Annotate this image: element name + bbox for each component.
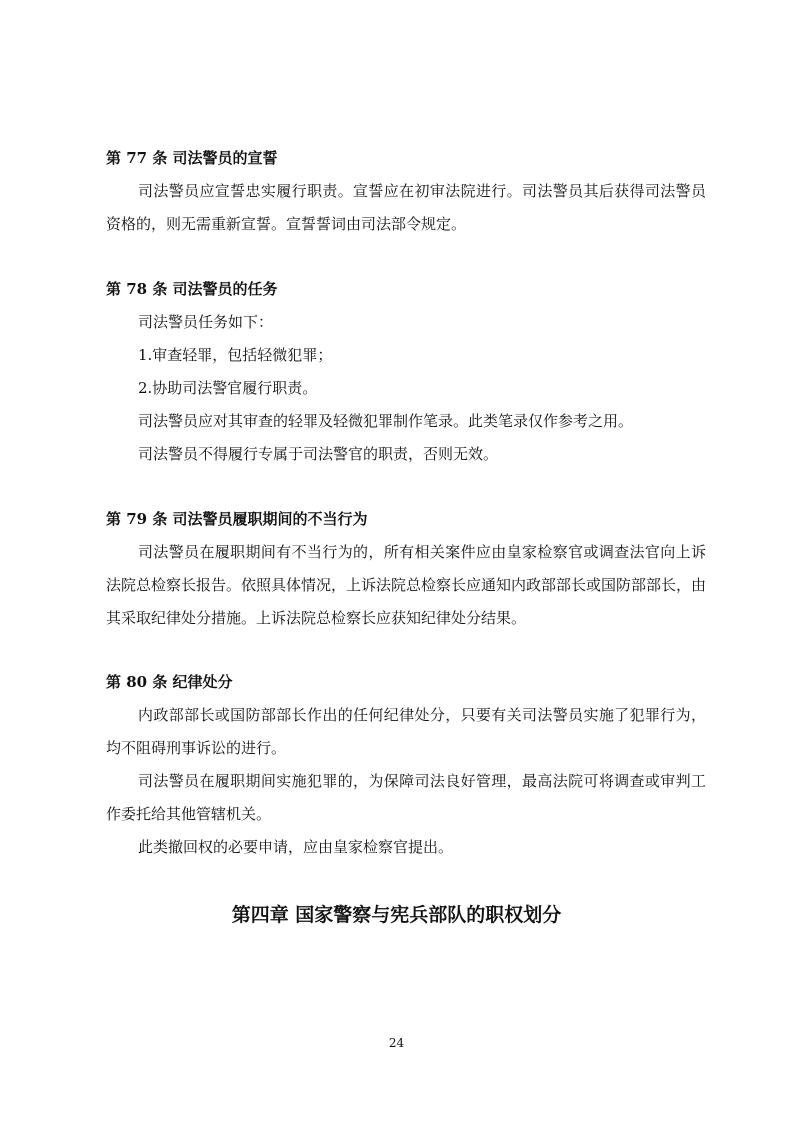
document-page: 第 77 条 司法警员的宣誓 司法警员应宣誓忠实履行职责。宣誓应在初审法院进行。…	[0, 0, 793, 1122]
article-80-paragraph-2: 司法警员在履职期间实施犯罪的，为保障司法良好管理，最高法院可将调查或审判工作委托…	[106, 765, 706, 831]
chapter-title: 第四章 国家警察与宪兵部队的职权划分	[0, 900, 793, 927]
article-77-paragraph: 司法警员应宣誓忠实履行职责。宣誓应在初审法院进行。司法警员其后获得司法警员资格的…	[106, 175, 706, 241]
article-78-intro: 司法警员任务如下：	[138, 312, 273, 332]
article-78-note-1: 司法警员应对其审查的轻罪及轻微犯罪制作笔录。此类笔录仅作参考之用。	[138, 411, 633, 431]
article-80-heading: 第 80 条 纪律处分	[106, 672, 233, 692]
article-78-note-2: 司法警员不得履行专属于司法警官的职责，否则无效。	[138, 444, 498, 464]
article-78-heading: 第 78 条 司法警员的任务	[106, 279, 278, 299]
page-number: 24	[0, 1036, 793, 1050]
article-79-heading: 第 79 条 司法警员履职期间的不当行为	[106, 509, 368, 529]
article-78-item-1: 1.审查轻罪，包括轻微犯罪；	[138, 345, 332, 365]
article-80-paragraph-3: 此类撤回权的必要申请，应由皇家检察官提出。	[106, 831, 706, 864]
article-80-paragraph-1: 内政部部长或国防部部长作出的任何纪律处分，只要有关司法警员实施了犯罪行为，均不阻…	[106, 699, 706, 765]
article-78-item-2: 2.协助司法警官履行职责。	[138, 378, 317, 398]
article-77-heading: 第 77 条 司法警员的宣誓	[106, 148, 278, 168]
article-79-paragraph: 司法警员在履职期间有不当行为的，所有相关案件应由皇家检察官或调查法官向上诉法院总…	[106, 536, 706, 635]
